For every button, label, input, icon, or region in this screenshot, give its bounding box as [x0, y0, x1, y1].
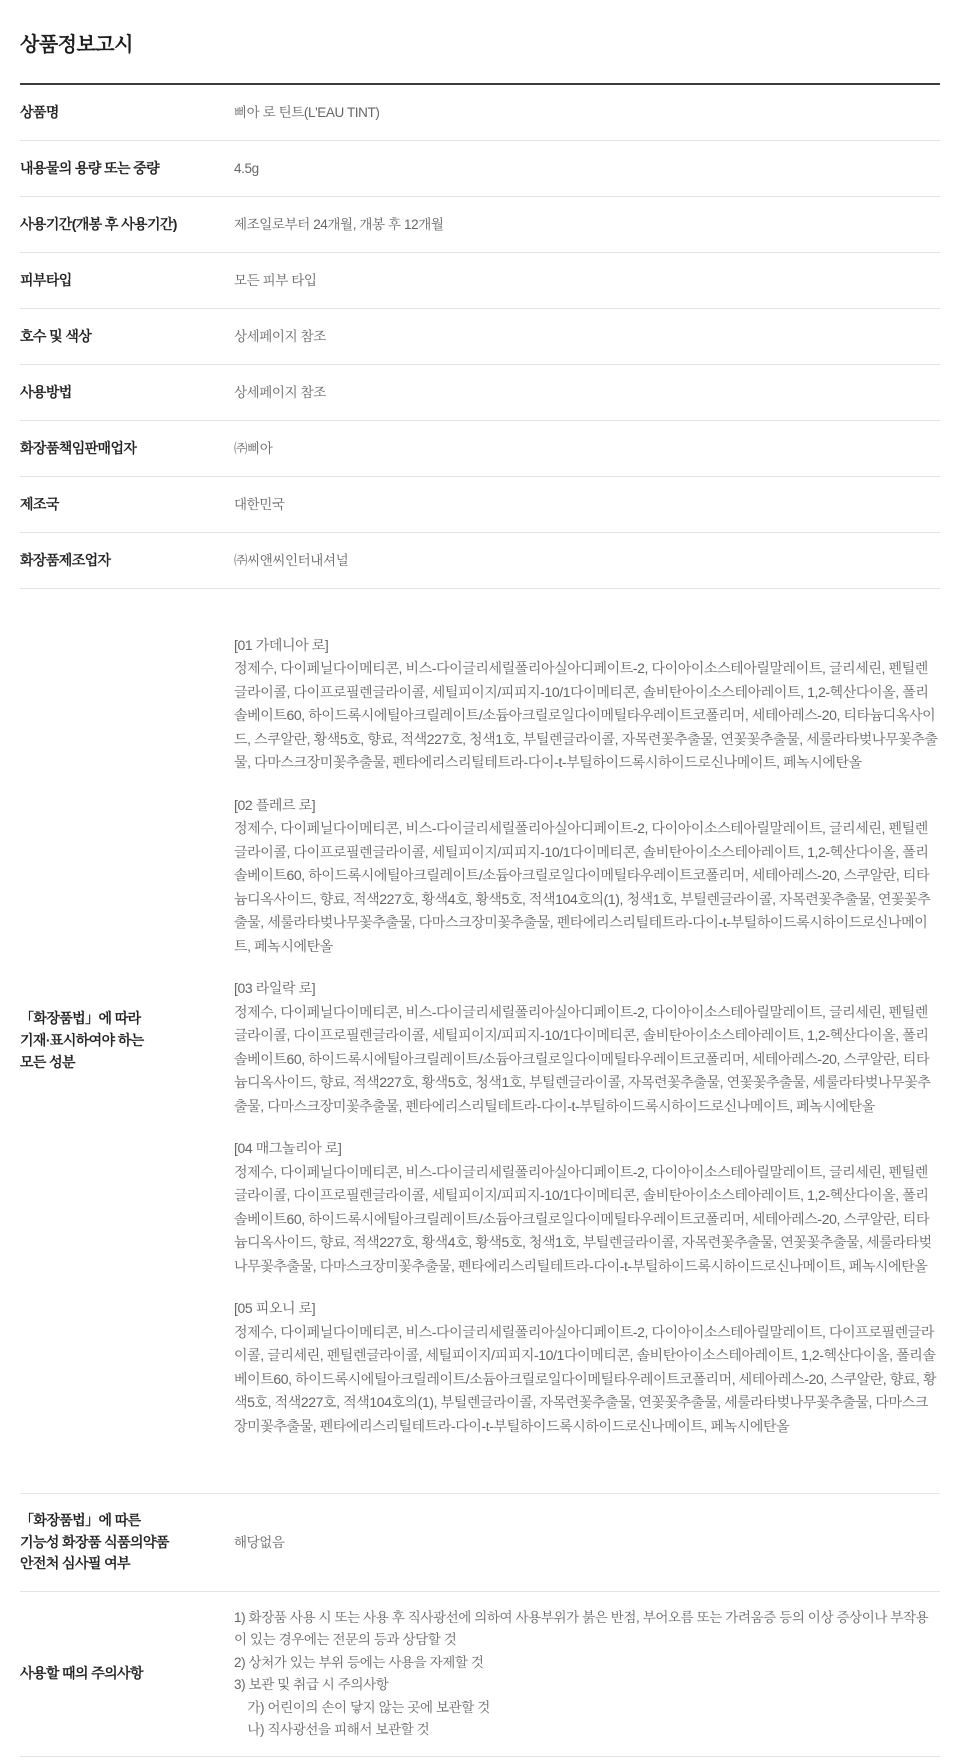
table-row-ingredients: 「화장품법」에 따라 기재·표시하여야 하는 모든 성분 [01 가데니아 로]… [20, 589, 940, 1494]
ingredient-heading: [05 피오니 로] [234, 1297, 940, 1321]
caution-line: 나) 직사광선을 피해서 보관할 것 [234, 1719, 940, 1742]
caution-line: 3) 보관 및 취급 시 주의사항 [234, 1674, 940, 1697]
product-info-section: 상품정보고시 상품명 삐아 로 틴트(L'EAU TINT) 내용물의 용량 또… [0, 0, 960, 1757]
row-value: 대한민국 [234, 484, 940, 526]
ingredient-heading: [03 라일락 로] [234, 977, 940, 1001]
row-label: 「화장품법」에 따른 기능성 화장품 식품의약품 안전처 심사필 여부 [20, 1500, 234, 1585]
table-row-usage-period: 사용기간(개봉 후 사용기간) 제조일로부터 24개월, 개봉 후 12개월 [20, 197, 940, 253]
ingredient-heading: [02 플레르 로] [234, 794, 940, 818]
row-label: 피부타입 [20, 260, 234, 302]
ingredient-heading: [04 매그놀리아 로] [234, 1137, 940, 1161]
ingredient-block-01: [01 가데니아 로] 정제수, 다이페닐다이메티콘, 비스-다이글리세릴폴리아… [234, 634, 940, 775]
table-row-shade: 호수 및 색상 상세페이지 참조 [20, 309, 940, 365]
caution-line: 1) 화장품 사용 시 또는 사용 후 직사광선에 의하여 사용부위가 붉은 반… [234, 1607, 940, 1652]
row-label: 사용할 때의 주의사항 [20, 1653, 234, 1695]
product-info-table: 상품명 삐아 로 틴트(L'EAU TINT) 내용물의 용량 또는 중량 4.… [20, 83, 940, 1757]
caution-line: 2) 상처가 있는 부위 등에는 사용을 자제할 것 [234, 1652, 940, 1675]
table-row-volume: 내용물의 용량 또는 중량 4.5g [20, 141, 940, 197]
ingredient-text: 정제수, 다이페닐다이메티콘, 비스-다이글리세릴폴리아실아디페이트-2, 다이… [234, 1321, 940, 1439]
row-value: 제조일로부터 24개월, 개봉 후 12개월 [234, 204, 940, 246]
table-row-skin-type: 피부타입 모든 피부 타입 [20, 253, 940, 309]
row-value: 상세페이지 참조 [234, 372, 940, 414]
row-label: 사용방법 [20, 372, 234, 414]
row-label: 「화장품법」에 따라 기재·표시하여야 하는 모든 성분 [20, 998, 234, 1083]
ingredient-text: 정제수, 다이페닐다이메티콘, 비스-다이글리세릴폴리아실아디페이트-2, 다이… [234, 1001, 940, 1119]
ingredients-list: [01 가데니아 로] 정제수, 다이페닐다이메티콘, 비스-다이글리세릴폴리아… [234, 610, 940, 1473]
ingredient-block-02: [02 플레르 로] 정제수, 다이페닐다이메티콘, 비스-다이글리세릴폴리아실… [234, 794, 940, 959]
ingredient-text: 정제수, 다이페닐다이메티콘, 비스-다이글리세릴폴리아실아디페이트-2, 다이… [234, 657, 940, 775]
table-row-manufacturer: 화장품제조업자 ㈜씨앤씨인터내셔널 [20, 533, 940, 589]
row-label: 상품명 [20, 92, 234, 134]
row-value: 상세페이지 참조 [234, 316, 940, 358]
ingredient-block-03: [03 라일락 로] 정제수, 다이페닐다이메티콘, 비스-다이글리세릴폴리아실… [234, 977, 940, 1118]
table-row-precautions: 사용할 때의 주의사항 1) 화장품 사용 시 또는 사용 후 직사광선에 의하… [20, 1592, 940, 1757]
row-label: 제조국 [20, 484, 234, 526]
row-label: 내용물의 용량 또는 중량 [20, 148, 234, 190]
row-label: 화장품책임판매업자 [20, 428, 234, 470]
row-value: 모든 피부 타입 [234, 260, 940, 302]
precautions-list: 1) 화장품 사용 시 또는 사용 후 직사광선에 의하여 사용부위가 붉은 반… [234, 1597, 940, 1752]
ingredient-text: 정제수, 다이페닐다이메티콘, 비스-다이글리세릴폴리아실아디페이트-2, 다이… [234, 817, 940, 958]
page-title: 상품정보고시 [20, 0, 940, 83]
ingredient-heading: [01 가데니아 로] [234, 634, 940, 658]
ingredient-block-04: [04 매그놀리아 로] 정제수, 다이페닐다이메티콘, 비스-다이글리세릴폴리… [234, 1137, 940, 1278]
ingredient-text: 정제수, 다이페닐다이메티콘, 비스-다이글리세릴폴리아실아디페이트-2, 다이… [234, 1161, 940, 1279]
row-label: 사용기간(개봉 후 사용기간) [20, 204, 234, 246]
row-value: 4.5g [234, 148, 940, 190]
row-value: ㈜씨앤씨인터내셔널 [234, 540, 940, 582]
ingredient-block-05: [05 피오니 로] 정제수, 다이페닐다이메티콘, 비스-다이글리세릴폴리아실… [234, 1297, 940, 1438]
row-label: 화장품제조업자 [20, 540, 234, 582]
table-row-product-name: 상품명 삐아 로 틴트(L'EAU TINT) [20, 85, 940, 141]
table-row-seller: 화장품책임판매업자 ㈜삐아 [20, 421, 940, 477]
row-value: 해당없음 [234, 1522, 940, 1564]
row-label: 호수 및 색상 [20, 316, 234, 358]
table-row-functional-approval: 「화장품법」에 따른 기능성 화장품 식품의약품 안전처 심사필 여부 해당없음 [20, 1494, 940, 1592]
row-value: ㈜삐아 [234, 428, 940, 470]
table-row-how-to-use: 사용방법 상세페이지 참조 [20, 365, 940, 421]
row-value: 삐아 로 틴트(L'EAU TINT) [234, 92, 940, 134]
table-row-country: 제조국 대한민국 [20, 477, 940, 533]
caution-line: 가) 어린이의 손이 닿지 않는 곳에 보관할 것 [234, 1697, 940, 1720]
